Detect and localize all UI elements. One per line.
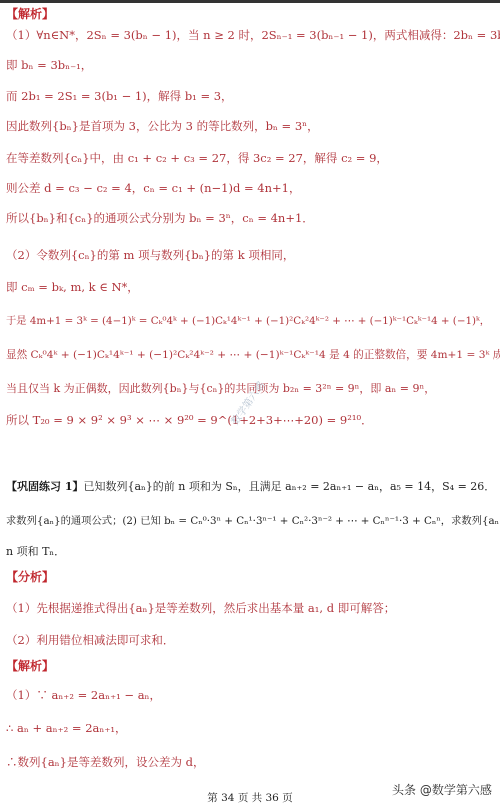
exercise-line-3: n 项和 Tₙ． (6, 544, 65, 560)
solution-line-4: 因此数列{bₙ}是首项为 3，公比为 3 的等比数列，bₙ = 3ⁿ， (6, 118, 319, 134)
solution-line-9: 即 cₘ = bₖ, m, k ∈ N*， (6, 279, 139, 295)
exercise-solution-line-3: ∴数列{aₙ}是等差数列，设公差为 d， (6, 754, 204, 770)
exercise-solution-line-2: ∴ aₙ + aₙ₊₂ = 2aₙ₊₁， (6, 720, 127, 736)
solution-line-3: 而 2b₁ = 2S₁ = 3(b₁ − 1)，解得 b₁ = 3， (6, 88, 233, 104)
exercise-solution-line-1: （1）∵ aₙ₊₂ = 2aₙ₊₁ − aₙ， (6, 687, 161, 703)
solution-line-10: 于是 4m+1 = 3ᵏ = (4−1)ᵏ = Cₖ⁰4ᵏ + (−1)Cₖ¹4… (6, 313, 490, 329)
solution-line-12: 当且仅当 k 为正偶数，因此数列{bₙ}与{cₙ}的共同项为 b₂ₙ = 3²ⁿ… (6, 381, 435, 397)
section-heading-solution: 【解析】 (6, 6, 54, 22)
solution-line-8: （2）令数列{cₙ}的第 m 项与数列{bₙ}的第 k 项相同， (6, 247, 294, 263)
solution-line-5: 在等差数列{cₙ}中，由 c₁ + c₂ + c₃ = 27，得 3c₂ = 2… (6, 150, 388, 166)
solution-line-11: 显然 Cₖ⁰4ᵏ + (−1)Cₖ¹4ᵏ⁻¹ + (−1)²Cₖ²4ᵏ⁻² + … (6, 347, 500, 363)
top-border (0, 0, 500, 3)
analysis-line-2: （2）利用错位相减法即可求和． (6, 632, 174, 648)
solution-line-1: （1）∀n∈N*，2Sₙ = 3(bₙ − 1)，当 n ≥ 2 时，2Sₙ₋₁… (6, 27, 500, 43)
exercise-line-2: 求数列{aₙ}的通项公式；(2) 已知 bₙ = Cₙ⁰·3ⁿ + Cₙ¹·3ⁿ… (6, 513, 500, 529)
analysis-line-1: （1）先根据递推式得出{aₙ}是等差数列，然后求出基本量 a₁, d 即可解答； (6, 600, 395, 616)
solution-line-6: 则公差 d = c₃ − c₂ = 4，cₙ = c₁ + (n−1)d = 4… (6, 180, 300, 196)
exercise-text-1: 已知数列{aₙ}的前 n 项和为 Sₙ，且满足 aₙ₊₂ = 2aₙ₊₁ − a… (83, 480, 495, 493)
solution-line-13: 所以 T₂₀ = 9 × 9² × 9³ × ⋯ × 9²⁰ = 9^(1+2+… (6, 412, 373, 428)
solution-line-2: 即 bₙ = 3bₙ₋₁， (6, 57, 92, 73)
section-heading-analysis: 【分析】 (6, 569, 54, 585)
exercise-title: 【巩固练习 1】 (6, 480, 83, 493)
solution-line-7: 所以{bₙ}和{cₙ}的通项公式分别为 bₙ = 3ⁿ，cₙ = 4n+1． (6, 210, 314, 226)
section-heading-solution-2: 【解析】 (6, 658, 54, 674)
exercise-line-1: 【巩固练习 1】已知数列{aₙ}的前 n 项和为 Sₙ，且满足 aₙ₊₂ = 2… (6, 479, 495, 495)
source-watermark: 头条 @数学第六感 (392, 781, 492, 798)
